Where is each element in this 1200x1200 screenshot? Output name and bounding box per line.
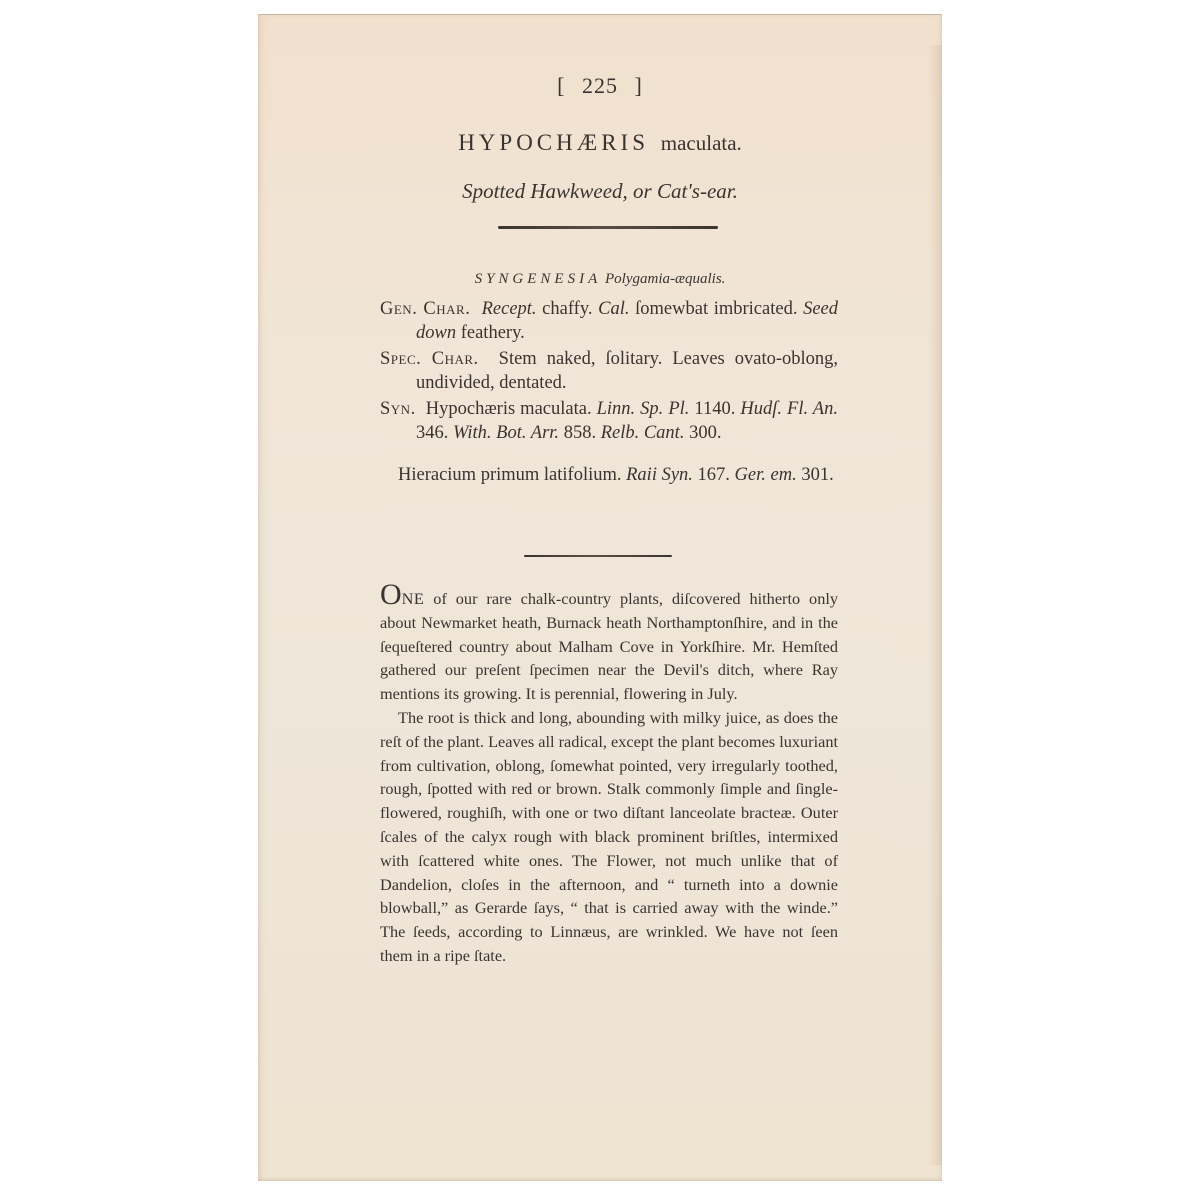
divider-rule (524, 555, 672, 557)
syn-ref-num: 858. (559, 423, 601, 443)
generic-character: Gen. Char. Recept. chaffy. Cal. ſomewbat… (380, 298, 838, 345)
synonymy: Syn. Hypochæris maculata. Linn. Sp. Pl. … (380, 398, 838, 445)
syn-ref-num: 346. (416, 423, 453, 443)
syn-label: Syn. (380, 399, 416, 419)
spec-char-label: Spec. Char. (380, 349, 479, 369)
classification: SYNGENESIA Polygamia-æqualis. (258, 271, 942, 288)
description-body: ONE of our rare chalk-country plants, di… (380, 585, 838, 968)
page-number: [ 225 ] (258, 73, 942, 99)
syn-ref-num: 300. (684, 423, 721, 443)
gen-char-term: Cal. (598, 299, 629, 319)
class-name: SYNGENESIA (475, 271, 602, 287)
order-name: Polygamia-æqualis. (605, 271, 725, 287)
gen-char-term: Recept. (482, 299, 537, 319)
gen-char-text: feathery. (456, 323, 525, 343)
syn2-ref: Ger. em. (735, 465, 797, 485)
syn-ref: Linn. Sp. Pl. (597, 399, 690, 419)
spec-char-text: Stem naked, ſolitary. Leaves ovato-oblon… (416, 349, 838, 393)
genus-name: HYPOCHÆRIS (458, 130, 649, 155)
specific-character: Spec. Char. Stem naked, ſolitary. Leaves… (380, 348, 838, 395)
common-name: Spotted Hawkweed, or Cat's-ear. (258, 179, 942, 204)
syn2-ref: Raii Syn. (626, 465, 693, 485)
first-word-caps: NE (402, 589, 425, 608)
gen-char-label: Gen. Char. (380, 299, 470, 319)
paragraph-2: The root is thick and long, abounding wi… (380, 706, 838, 968)
paragraph-text: of our rare chalk-country plants, diſcov… (380, 589, 838, 703)
characters-block: Gen. Char. Recept. chaffy. Cal. ſomewbat… (380, 298, 838, 506)
species-name: maculata. (661, 131, 742, 155)
page-title: HYPOCHÆRIS maculata. (258, 130, 942, 156)
drop-cap: O (380, 578, 402, 611)
syn2-ref-num: 301. (797, 465, 834, 485)
synonymy-secondary: Hieracium primum latifolium. Raii Syn. 1… (380, 464, 838, 488)
syn-ref: Hudſ. Fl. An. (740, 399, 838, 419)
syn2-ref-num: 167. (693, 465, 735, 485)
syn-ref-num: 1140. (689, 399, 740, 419)
divider-rule (498, 226, 718, 229)
gen-char-text: ſomewbat imbricated. (630, 299, 804, 319)
syn2-name: Hieracium primum latifolium. (398, 465, 626, 485)
gen-char-text: chaffy. (537, 299, 599, 319)
syn-ref: With. Bot. Arr. (453, 423, 559, 443)
syn-ref: Relb. Cant. (601, 423, 685, 443)
paragraph-1: ONE of our rare chalk-country plants, di… (380, 585, 838, 706)
book-page: [ 225 ] HYPOCHÆRIS maculata. Spotted Haw… (258, 14, 942, 1181)
syn-name: Hypochæris maculata. (426, 399, 597, 419)
